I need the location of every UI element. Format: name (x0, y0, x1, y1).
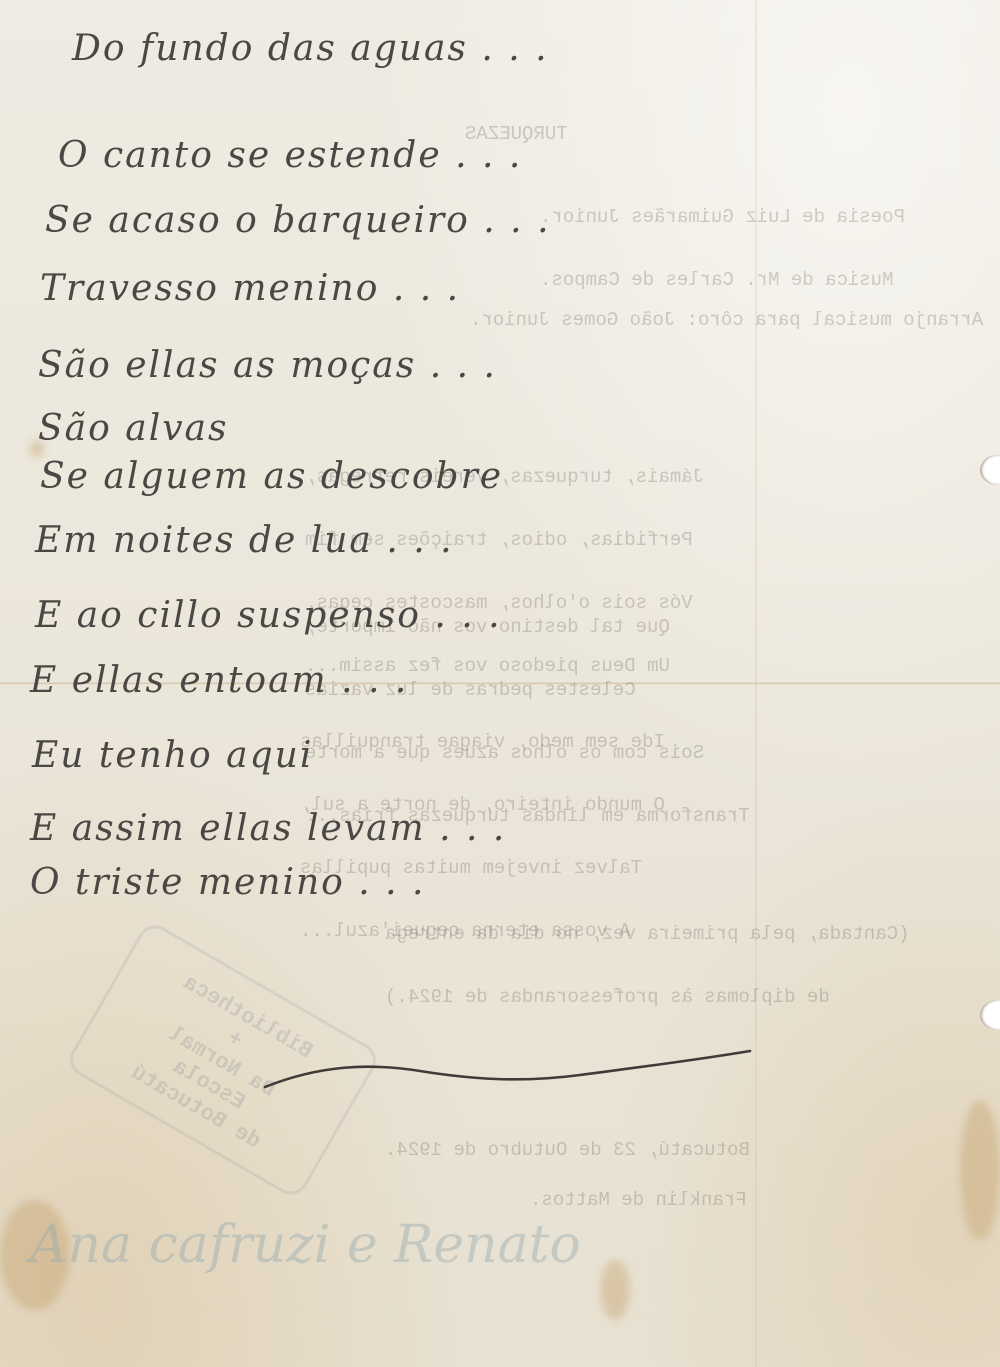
stain (600, 1260, 630, 1320)
handwritten-line-8: Em noites de lua . . . (35, 520, 454, 561)
stain (960, 1100, 1000, 1240)
bleed-signature-text: Franklin de Mattos. (530, 1190, 747, 1211)
handwritten-line-2: O canto se estende . . . (58, 135, 522, 176)
handwritten-line-4: Travesso menino . . . (40, 268, 460, 309)
handwritten-line-1: Do fundo das aguas . . . (72, 28, 549, 69)
faint-pencil-note: Ana cafruzi e Renato (30, 1215, 581, 1275)
handwritten-line-5: São ellas as moças . . . (38, 345, 497, 386)
bleed-note-line: de diplomas às professorandas de 1924.) (385, 987, 910, 1008)
bleed-credit-line: Poesia de Luiz Guimarães Junior. (540, 207, 905, 228)
handwritten-line-10: E ellas entoam . . . (30, 660, 408, 701)
bleed-verse: Ide sem medo, viagae tranquillas (300, 732, 665, 753)
handwritten-line-12: E assim ellas levam . . . (30, 808, 506, 849)
bleed-arrangement-text: Arranjo musical para côro: João Gomes Ju… (470, 310, 983, 331)
bleed-arrangement: Arranjo musical para côro: João Gomes Ju… (470, 268, 983, 352)
handwritten-line-6: São alvas (38, 408, 229, 449)
handwritten-line-13: O triste menino . . . (30, 862, 426, 903)
bleed-note: (Cantada, pela primeira vez, no dia da e… (385, 882, 910, 1029)
flourish-line (260, 1045, 760, 1095)
handwritten-line-3: Se acaso o barqueiro . . . (45, 200, 551, 241)
handwritten-line-9: E ao cillo suspenso . . . (35, 595, 502, 636)
bleed-note-line: (Cantada, pela primeira vez, no dia da e… (385, 924, 910, 945)
handwritten-line-11: Eu tenho aqui (32, 735, 313, 776)
handwritten-line-7: Se alguem as descobre (40, 456, 503, 497)
